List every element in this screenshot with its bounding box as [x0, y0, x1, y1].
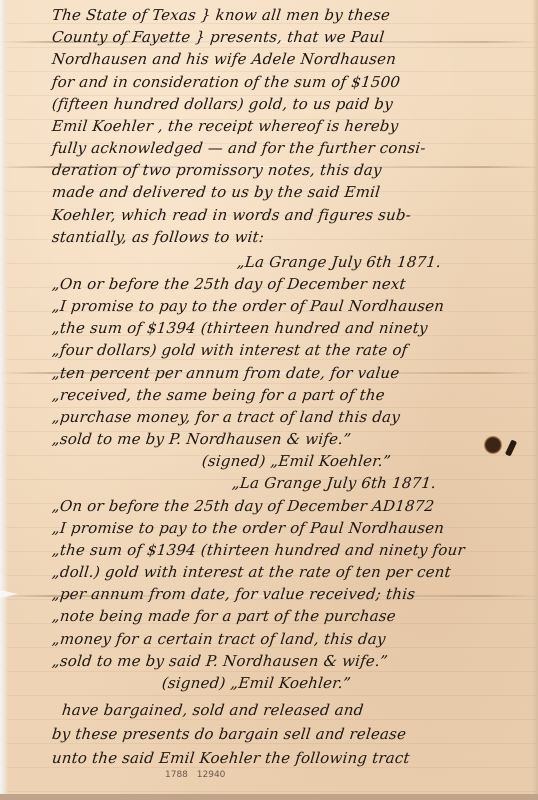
handwritten-line: „La Grange July 6th 1871. [231, 474, 437, 492]
handwritten-line: for and in consideration of the sum of $… [51, 73, 401, 91]
handwritten-line: „I promise to pay to the order of Paul N… [51, 519, 445, 537]
handwritten-line: „the sum of $1394 (thirteen hundred and … [51, 319, 429, 337]
handwritten-line: „On or before the 25th day of December n… [51, 275, 407, 293]
pencil-note: 12940 [197, 770, 226, 780]
handwritten-line: „ten percent per annum from date, for va… [51, 364, 400, 382]
handwritten-line: „the sum of $1394 (thirteen hundred and … [51, 541, 466, 559]
paper-bottom-edge [0, 794, 538, 800]
handwritten-line: unto the said Emil Koehler the following… [51, 749, 411, 767]
handwritten-line: „per annum from date, for value received… [51, 585, 416, 603]
handwritten-line: by these presents do bargain sell and re… [51, 725, 407, 743]
handwritten-line: (signed) „Emil Koehler.” [161, 674, 352, 692]
handwritten-line: „On or before the 25th day of December A… [51, 497, 435, 515]
handwritten-line: have bargained, sold and released and [61, 701, 364, 719]
handwritten-line: The State of Texas } know all men by the… [51, 6, 391, 24]
handwritten-line: „money for a certain tract of land, this… [51, 630, 387, 648]
handwritten-line: County of Fayette } presents, that we Pa… [51, 28, 385, 46]
handwritten-line: „received, the same being for a part of … [51, 386, 386, 404]
handwritten-line: „sold to me by P. Nordhausen & wife.” [51, 430, 352, 448]
handwritten-line: Emil Koehler , the receipt whereof is he… [51, 117, 399, 135]
handwritten-line: Nordhausen and his wife Adele Nordhausen [51, 50, 397, 68]
document-page: The State of Texas } know all men by the… [0, 0, 538, 800]
handwritten-line: (signed) „Emil Koehler.” [201, 452, 392, 470]
paper-left-edge [0, 0, 8, 800]
handwritten-line: „La Grange July 6th 1871. [236, 253, 442, 271]
handwritten-line: „note being made for a part of the purch… [51, 607, 397, 625]
handwritten-line: stantially, as follows to wit: [51, 228, 265, 246]
handwritten-line: (fifteen hundred dollars) gold, to us pa… [51, 95, 394, 113]
handwritten-line: fully acknowledged — and for the further… [51, 139, 427, 157]
handwritten-line: Koehler, which read in words and figures… [51, 206, 412, 224]
handwritten-line: deration of two promissory notes, this d… [51, 161, 383, 179]
handwritten-line: „sold to me by said P. Nordhausen & wife… [51, 652, 389, 670]
pencil-note: 1788 [165, 770, 188, 780]
pencil-notes: 1788 12940 [165, 770, 231, 780]
handwritten-line: „four dollars) gold with interest at the… [51, 341, 408, 359]
ink-mark-icon [505, 439, 517, 456]
ink-blot-icon [484, 436, 502, 454]
paper-right-edge [532, 0, 538, 800]
handwritten-line: „purchase money, for a tract of land thi… [51, 408, 401, 426]
handwritten-line: made and delivered to us by the said Emi… [51, 183, 381, 201]
handwritten-line: „I promise to pay to the order of Paul N… [51, 297, 445, 315]
handwritten-line: „doll.) gold with interest at the rate o… [51, 563, 452, 581]
